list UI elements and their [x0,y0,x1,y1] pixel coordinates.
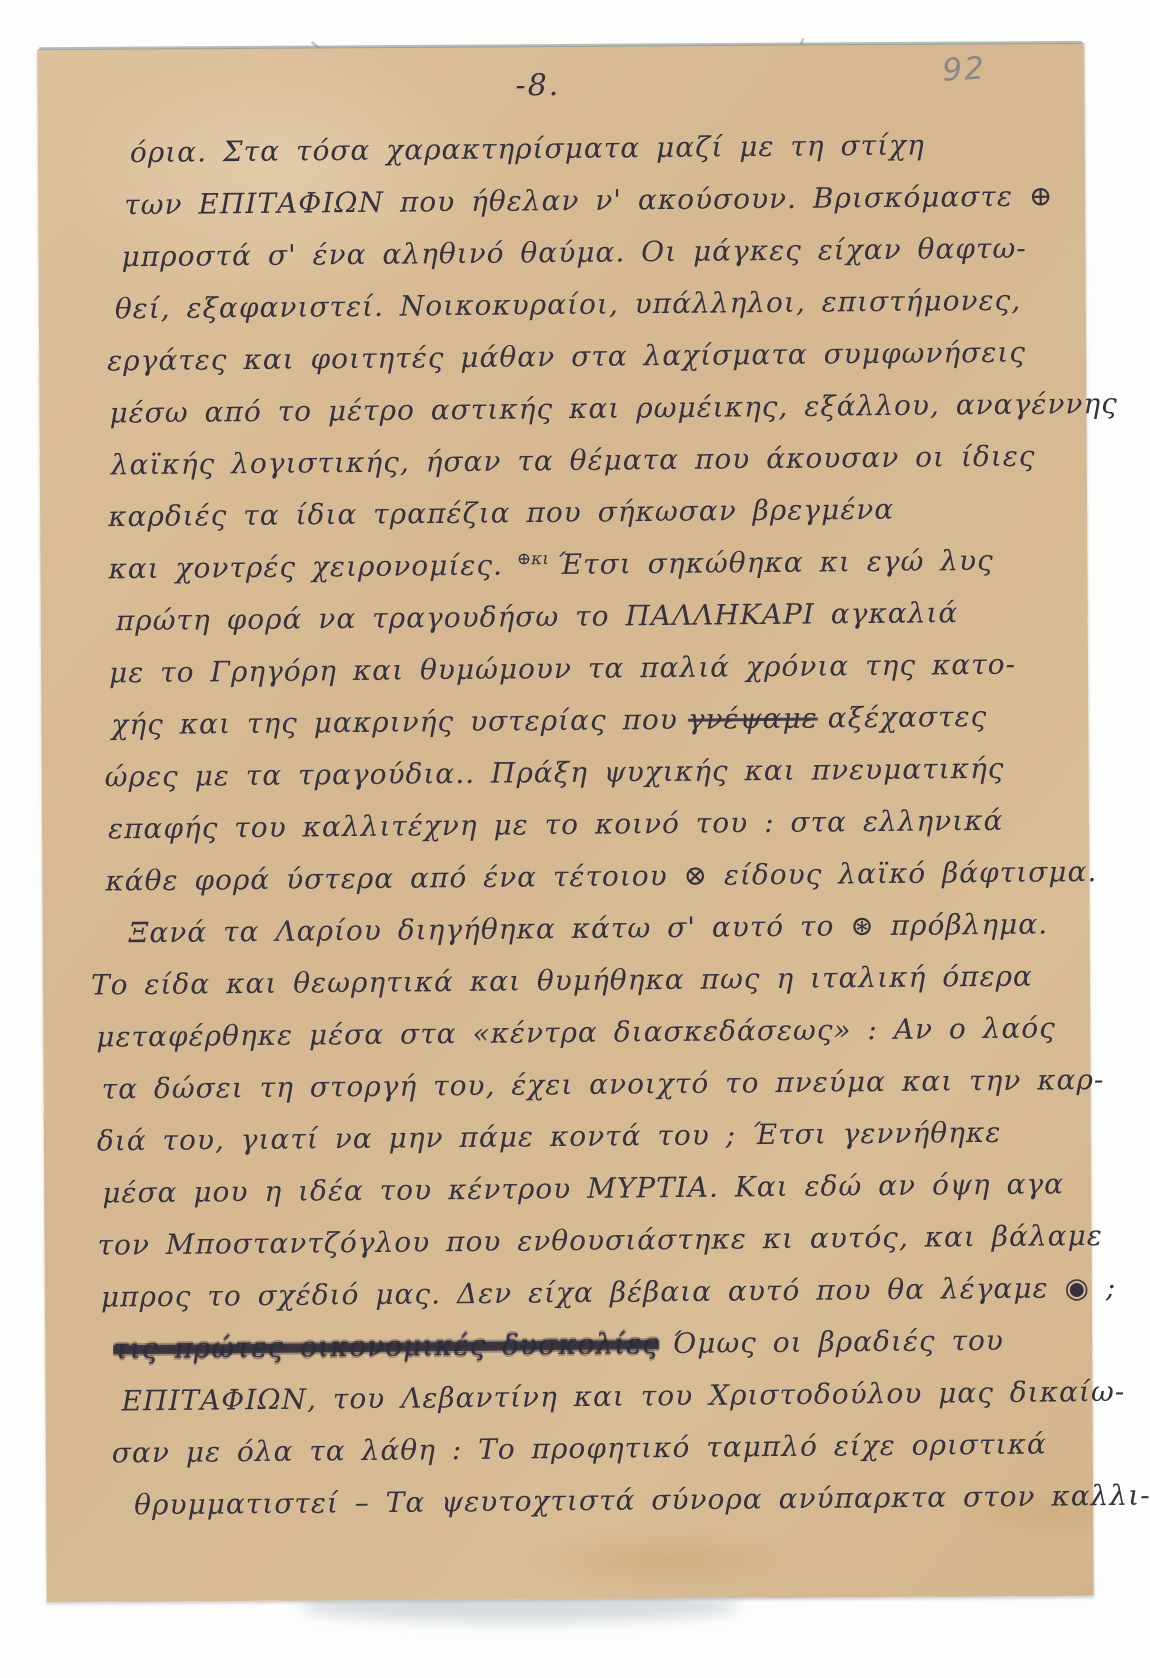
page-heading: -8. [515,68,560,103]
manuscript-line: χής και της μακρινής υστερίας πουγνέψαμε… [111,700,987,741]
manuscript-line: τον Μποσταντζόγλου που ενθουσιάστηκε κι … [97,1219,1103,1262]
insertion-mark-icon: ⊕κι [517,549,549,569]
corner-page-number: 92 [941,50,986,88]
manuscript-line: μέσω από το μέτρο αστικής και ρωμέικης, … [109,387,1118,430]
crossed-out-word: γνέψαμε [688,702,818,736]
manuscript-line: επαφής του καλλιτέχνη με το κοινό του : … [108,804,1004,846]
manuscript-line: με το Γρηγόρη και θυμώμουν τα παλιά χρόν… [109,648,1016,690]
manuscript-line: ΕΠΙΤΑΦΙΩΝ, του Λεβαντίνη και του Χριστοδ… [121,1375,1125,1418]
manuscript-line: μέσα μου η ιδέα του κέντρου ΜΥΡΤΙΑ. Και … [102,1167,1064,1209]
manuscript-line: κάθε φορά ύστερα από ένα τέτοιου ⊗ είδου… [105,855,1097,898]
manuscript-line: μπροστά σ' ένα αληθινό θαύμα. Οι μάγκες … [121,232,1027,274]
manuscript-line: τα δώσει τη στοργή του, έχει ανοιχτό το … [101,1063,1104,1106]
manuscript-line: και χοντρές χειρονομίες.⊕κιΈτσι σηκώθηκα… [108,544,994,585]
line-segment: και χοντρές χειρονομίες. [108,549,503,586]
line-segment: Έτσι σηκώθηκα κι εγώ λυς [557,544,994,581]
manuscript-line: εργάτες και φοιτητές μάθαν στα λαχίσματα… [107,336,1026,378]
manuscript-line: των ΕΠΙΤΑΦΙΩΝ που ήθελαν ν' ακούσουν. Βρ… [124,179,1053,221]
manuscript-line: μπρος το σχέδιό μας. Δεν είχα βέβαια αυτ… [101,1271,1117,1314]
manuscript-line: σαν με όλα τα λάθη : Το προφητικό ταμπλό… [112,1427,1047,1469]
manuscript-line: Το είδα και θεωρητικά και θυμήθηκα πως η… [91,960,1033,1002]
line-segment: Όμως οι βραδιές του [673,1324,1004,1360]
manuscript-line: Ξανά τα Λαρίου διηγήθηκα κάτω σ' αυτό το… [129,907,1049,949]
manuscript-line: πρώτη φορά να τραγουδήσω το ΠΑΛΛΗΚΑΡΙ αγ… [116,596,959,637]
manuscript-line: ώρες με τα τραγούδια.. Πράξη ψυχικής και… [105,752,1005,794]
scribbled-out-text: τις πρώτες οικονομικές δυσκολίες [113,1327,659,1365]
manuscript-line: τις πρώτες οικονομικές δυσκολίεςΌμως οι … [113,1324,1004,1366]
line-segment: χής και της μακρινής υστερίας που [111,703,678,741]
manuscript-line: μεταφέρθηκε μέσα στα «κέντρα διασκεδάσεω… [96,1011,1056,1053]
manuscript-line: θεί, εξαφανιστεί. Νοικοκυραίοι, υπάλληλο… [115,284,1022,326]
manuscript-line: καρδιές τα ίδια τραπέζια που σήκωσαν βρε… [108,493,894,534]
manuscript-line: λαϊκής λογιστικής, ήσαν τα θέματα που άκ… [111,440,1036,482]
manuscript-paper: -8. 92 όρια. Στα τόσα χαρακτηρίσματα μαζ… [37,43,1093,1602]
manuscript-line: διά του, γιατί να μην πάμε κοντά του ; Έ… [97,1116,1002,1158]
manuscript-line: θρυμματιστεί – Τα ψευτοχτιστά σύνορα ανύ… [134,1479,1150,1522]
line-segment: αξέχαστες [828,700,988,735]
manuscript-line: όρια. Στα τόσα χαρακτηρίσματα μαζί με τη… [130,128,925,169]
